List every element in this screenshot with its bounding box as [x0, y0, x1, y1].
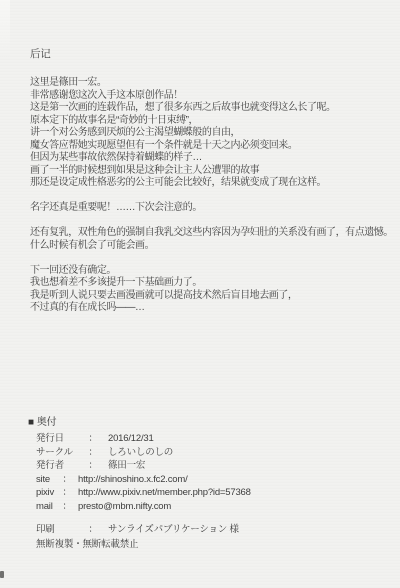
afterword-line: 讲一个对公务感到厌烦的公主渴望蝴蝶般的自由，	[30, 127, 398, 140]
colophon-colon: ：	[86, 459, 100, 473]
colophon-label: mail	[36, 500, 60, 514]
colophon-colon: ：	[60, 500, 74, 514]
colophon-label: pixiv	[36, 486, 60, 500]
afterword-line: 但因为某些事故依然保持着蝴蝶的样子…	[30, 152, 398, 165]
afterword-line: 非常感谢您这次入手这本原创作品！	[30, 90, 398, 103]
afterword-blank-line	[30, 252, 398, 265]
colophon-colon: ：	[86, 446, 100, 460]
afterword-line: 魔女答应帮她实现愿望但有一个条件就是十天之内必须变回来。	[30, 140, 398, 153]
copyright-notice: 無断複製・無断転載禁止	[36, 538, 138, 551]
scan-speck-artifact	[0, 571, 4, 578]
afterword-line: 画了一半的时候想到如果是这种会让主人公遭罪的故事	[30, 165, 398, 178]
colophon-label: site	[36, 473, 60, 487]
afterword-line: 不过真的有在成长吗——…	[30, 302, 398, 315]
colophon-value: 篠田一宏	[108, 459, 145, 473]
afterword-line: 原本定下的故事名是“奇妙的十日束缚”，	[30, 115, 398, 128]
colophon-colon: ：	[86, 432, 100, 446]
scan-edge-artifact	[0, 0, 10, 60]
colophon-row-pixiv: pixiv ： http://www.pixiv.net/member.php?…	[28, 486, 388, 500]
colophon-value: サンライズパブリケーション 様	[108, 523, 239, 537]
colophon-row-printer: 印刷 ： サンライズパブリケーション 様	[28, 523, 388, 537]
afterword-line: 那还是设定成性格恶劣的公主可能会比较好，结果就变成了现在这样。	[30, 177, 398, 190]
colophon-label: 発行日	[36, 432, 86, 446]
afterword-line: 我是听到人说只要去画漫画就可以提高技术然后盲目地去画了，	[30, 290, 398, 303]
square-bullet-icon: ■	[28, 417, 34, 428]
afterword-text-block: 这里是篠田一宏。 非常感谢您这次入手这本原创作品！ 这是第一次画的连载作品，想了…	[30, 77, 398, 315]
colophon-label: 発行者	[36, 459, 86, 473]
afterword-heading: 后记	[30, 48, 51, 60]
afterword-line: 下一回还没有确定。	[30, 265, 398, 278]
colophon-row-circle: サークル ： しろいしのしの	[28, 446, 388, 460]
colophon-colon: ：	[86, 523, 100, 537]
colophon-row-mail: mail ： presto@mbm.nifty.com	[28, 500, 388, 514]
colophon-colon: ：	[60, 473, 74, 487]
afterword-blank-line	[30, 215, 398, 228]
colophon-value: 2016/12/31	[108, 432, 154, 446]
colophon-row-site: site ： http://shinoshino.x.fc2.com/	[28, 473, 388, 487]
colophon-title: 奥付	[37, 417, 57, 428]
scanned-afterword-page: 后记 这里是篠田一宏。 非常感谢您这次入手这本原创作品！ 这是第一次画的连载作品…	[0, 0, 400, 588]
afterword-line: 这里是篠田一宏。	[30, 77, 398, 90]
colophon-mail-address: presto@mbm.nifty.com	[78, 500, 171, 514]
afterword-line: 什么时候有机会了可能会画。	[30, 240, 398, 253]
colophon-colon: ：	[60, 486, 74, 500]
afterword-line: 这是第一次画的连载作品，想了很多东西之后故事也就变得这么长了呢。	[30, 102, 398, 115]
afterword-blank-line	[30, 190, 398, 203]
colophon-value: しろいしのしの	[108, 446, 173, 460]
colophon-label: サークル	[36, 446, 86, 460]
colophon-row-publisher: 発行者 ： 篠田一宏	[28, 459, 388, 473]
afterword-line: 名字还真是重要呢！……下次会注意的。	[30, 202, 398, 215]
colophon-block: ■奥付 発行日 ： 2016/12/31 サークル ： しろいしのしの 発行者 …	[28, 416, 388, 537]
afterword-line: 我也想着差不多该提升一下基础画力了。	[30, 277, 398, 290]
colophon-row-publish-date: 発行日 ： 2016/12/31	[28, 432, 388, 446]
colophon-site-url: http://shinoshino.x.fc2.com/	[78, 473, 188, 487]
afterword-line: 还有复乳，双性角色的强制自我乳交这些内容因为孕妇肚的关系没有画了，有点遗憾。	[30, 227, 398, 240]
colophon-pixiv-url: http://www.pixiv.net/member.php?id=57368	[78, 486, 251, 500]
colophon-header: ■奥付	[28, 416, 388, 430]
colophon-label: 印刷	[36, 523, 86, 537]
